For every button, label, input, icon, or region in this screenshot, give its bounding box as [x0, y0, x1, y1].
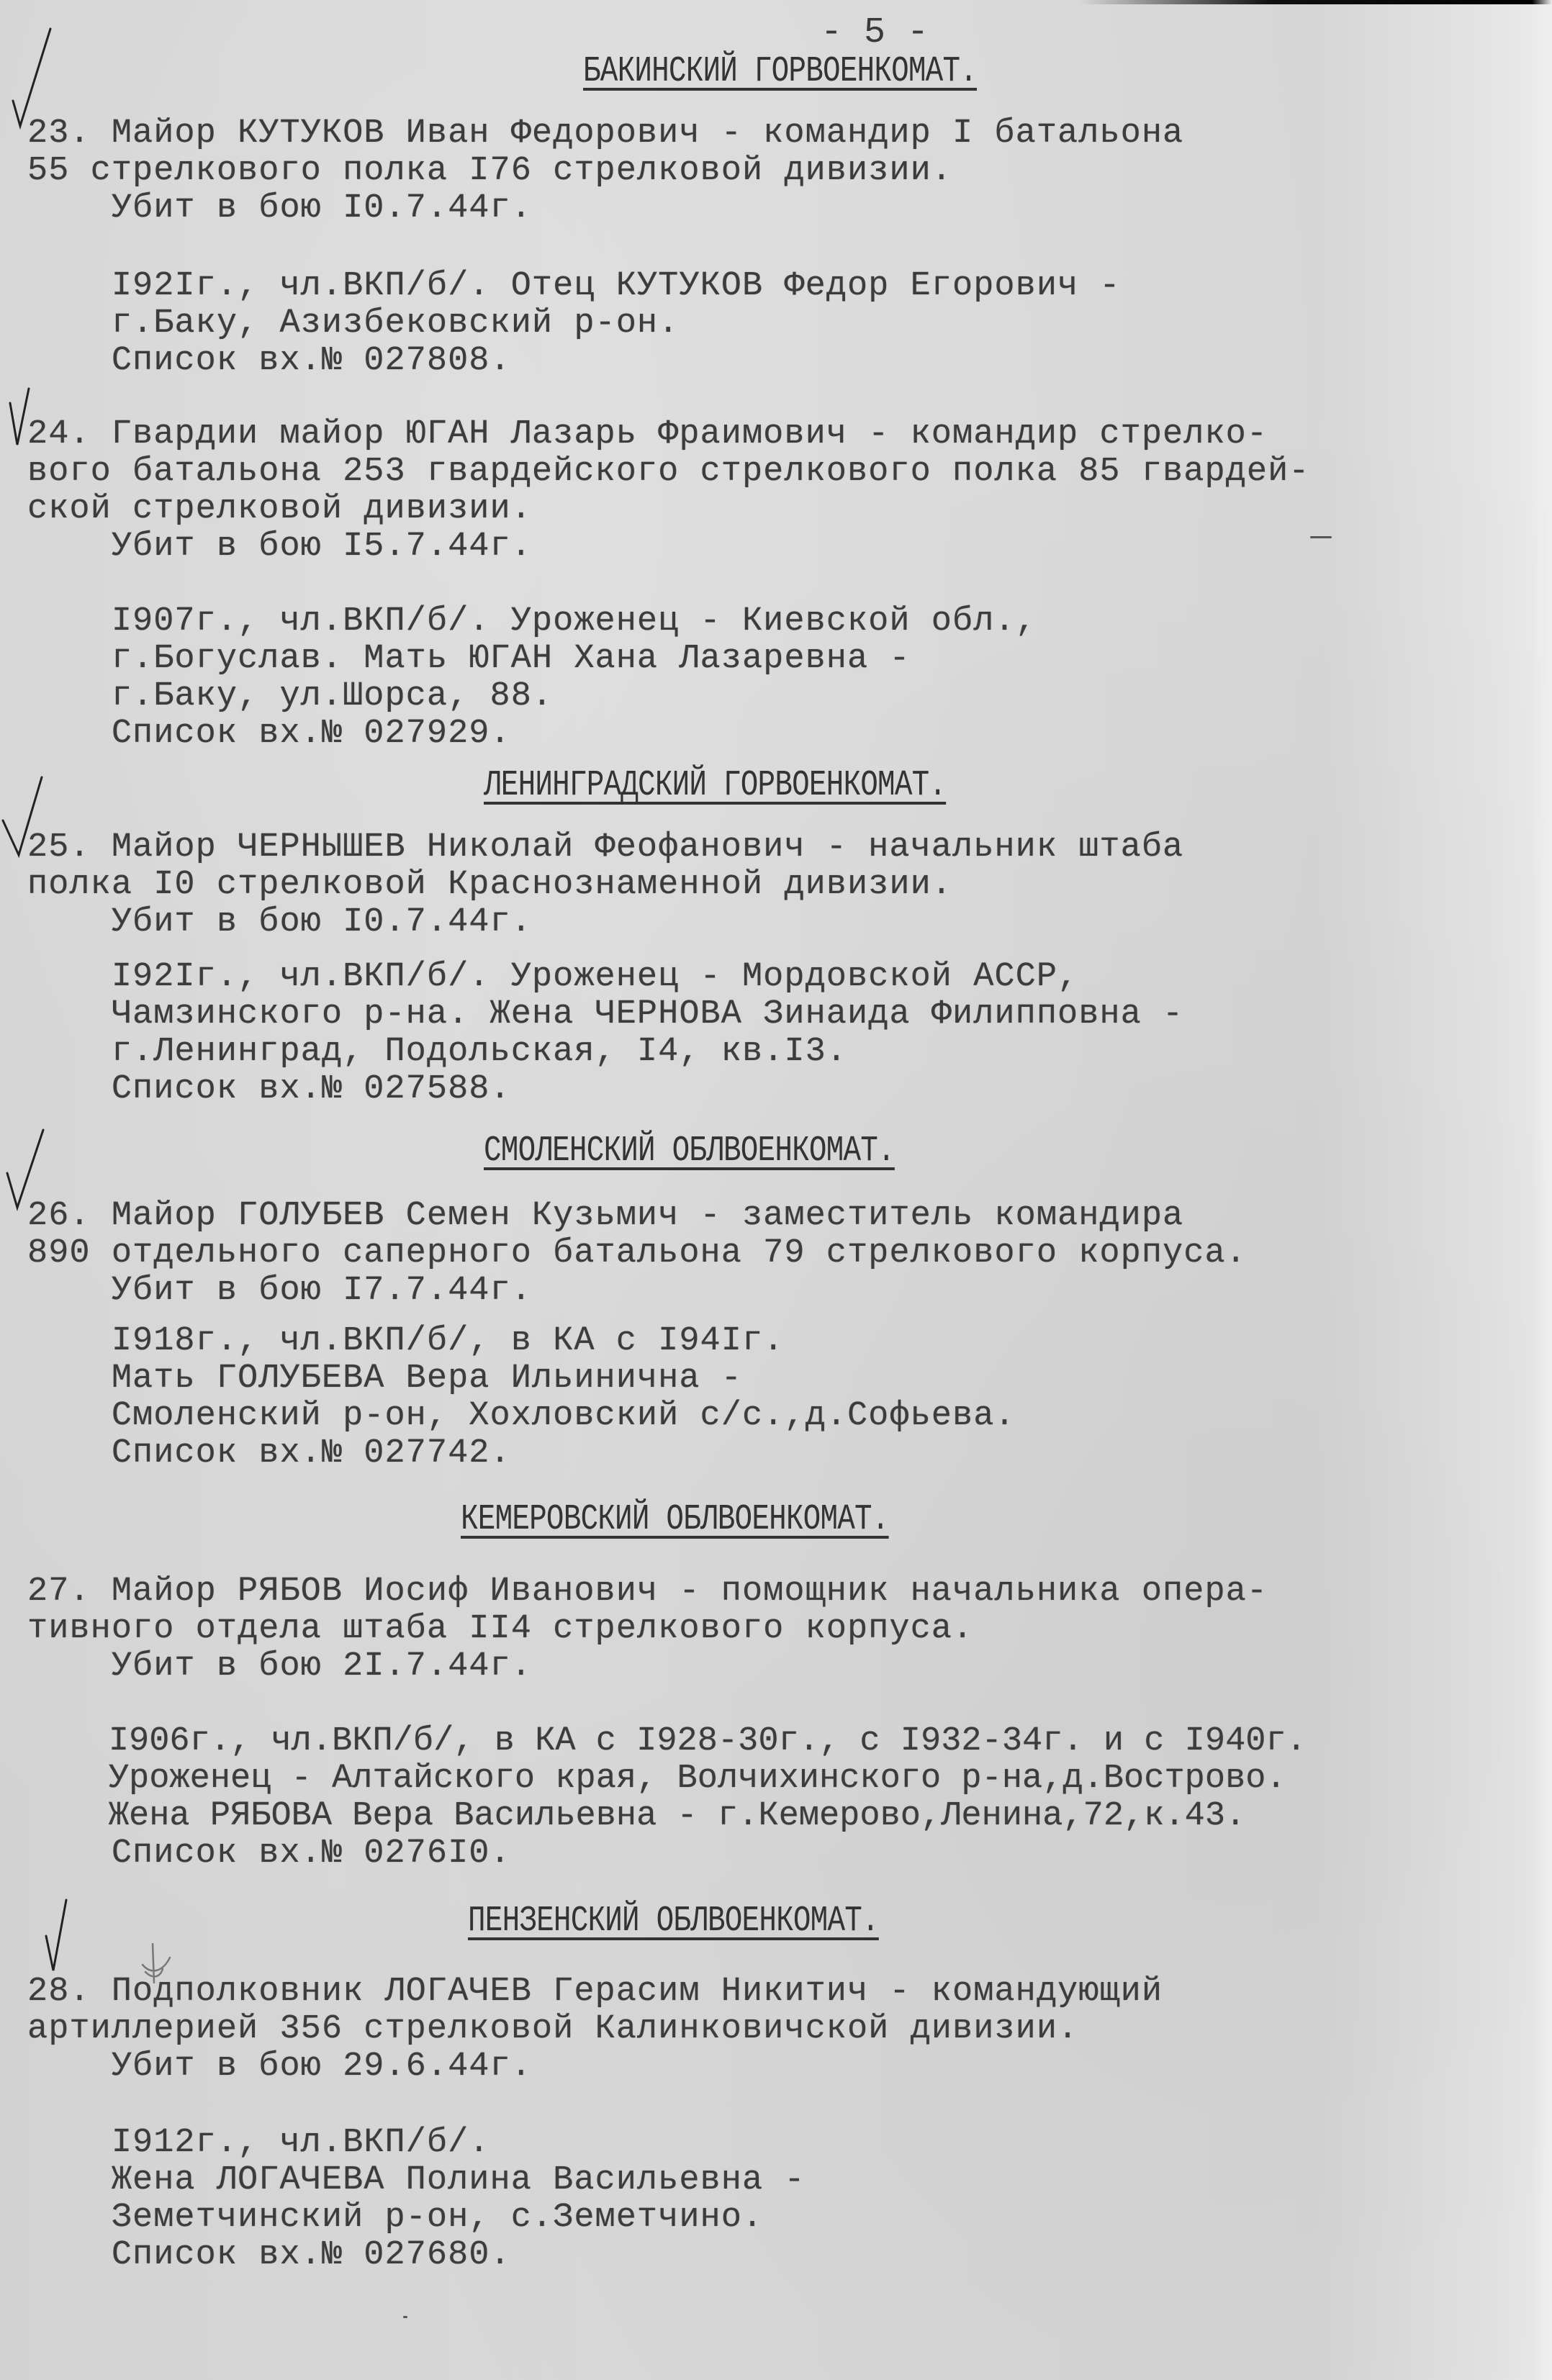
scanned-document-page: - 5 - БАКИНСКИЙ ГОРВОЕНКОМАТ. 23. Майор … [0, 0, 1552, 2380]
entry-23-line-5: I92Iг., чл.ВКП/б/. Отец КУТУКОВ Федор Ег… [27, 266, 1121, 307]
entry-25-line-6: г.Ленинград, Подольская, I4, кв.I3. [27, 1032, 847, 1072]
entry-28-line-3: Убит в бою 29.6.44г. [27, 2047, 532, 2087]
entry-26-line-5: Мать ГОЛУБЕВА Вера Ильинична - [27, 1359, 742, 1399]
entry-23-line-2: 55 стрелкового полка I76 стрелковой диви… [27, 151, 952, 191]
entry-26-line-1: 26. Майор ГОЛУБЕВ Семен Кузьмич - замест… [27, 1196, 1183, 1236]
entry-25-line-2: полка I0 стрелковой Краснознаменной диви… [27, 865, 952, 905]
entry-24-line-2: вого батальона 253 гвардейского стрелков… [27, 452, 1309, 492]
entry-24-line-6: I907г., чл.ВКП/б/. Уроженец - Киевской о… [27, 602, 1037, 642]
entry-24-line-9: Список вх.№ 027929. [27, 714, 511, 754]
entry-24-line-1: 24. Гвардии майор ЮГАН Лазарь Фраимович … [27, 415, 1268, 455]
entry-24-line-8: г.Баку, ул.Шорса, 88. [27, 677, 553, 717]
section-heading-kemerovo: КЕМЕРОВСКИЙ ОБЛВОЕНКОМАТ. [461, 1498, 889, 1542]
entry-23-line-7: Список вх.№ 027808. [27, 341, 511, 381]
entry-23-line-6: г.Баку, Азизбековский р-он. [27, 304, 679, 344]
entry-26-line-4: I918г., чл.ВКП/б/, в КА с I94Iг. [27, 1321, 784, 1362]
entry-28-line-6: Жена ЛОГАЧЕВА Полина Васильевна - [27, 2160, 806, 2201]
entry-25-line-1: 25. Майор ЧЕРНЫШЕВ Николай Феофанович - … [27, 828, 1183, 868]
entry-23-line-1: 23. Майор КУТУКОВ Иван Федорович - коман… [27, 114, 1183, 154]
scan-border-edge [1080, 0, 1552, 4]
entry-28-line-1: 28. Подполковник ЛОГАЧЕВ Герасим Никитич… [27, 1972, 1163, 2012]
entry-27-line-5: I906г., чл.ВКП/б/, в КА с I928-30г., с I… [27, 1721, 1307, 1762]
entry-27-line-6: Уроженец - Алтайского края, Волчихинског… [27, 1759, 1286, 1799]
checkmark-icon [45, 1900, 73, 1972]
entry-28-line-7: Земетчинский р-он, с.Земетчино. [27, 2198, 763, 2238]
entry-27-line-8: Список вх.№ 0276I0. [27, 1834, 511, 1874]
entry-28-line-8: Список вх.№ 027680. [27, 2235, 511, 2276]
entry-25-line-7: Список вх.№ 027588. [27, 1069, 511, 1110]
entry-26-line-6: Смоленский р-он, Хохловский с/с.,д.Софье… [27, 1396, 1016, 1436]
section-heading-baku: БАКИНСКИЙ ГОРВОЕНКОМАТ. [583, 50, 977, 94]
entry-27-line-7: Жена РЯБОВА Вера Васильевна - г.Кемерово… [27, 1796, 1245, 1837]
entry-27-line-2: тивного отдела штаба II4 стрелкового кор… [27, 1609, 973, 1650]
entry-25-line-4: I92Iг., чл.ВКП/б/. Уроженец - Мордовской… [27, 957, 1078, 997]
entry-27-line-3: Убит в бою 2I.7.44г. [27, 1647, 532, 1687]
section-heading-smolensk: СМОЛЕНСКИЙ ОБЛВОЕНКОМАТ. [484, 1130, 895, 1173]
entry-25-line-3: Убит в бою I0.7.44г. [27, 902, 532, 943]
entry-24-line-4: Убит в бою I5.7.44г. [27, 527, 532, 567]
entry-26-line-7: Список вх.№ 027742. [27, 1434, 511, 1474]
entry-27-line-1: 27. Майор РЯБОВ Иосиф Иванович - помощни… [27, 1572, 1268, 1612]
entry-28-line-5: I912г., чл.ВКП/б/. [27, 2123, 490, 2163]
page-number: - 5 - [821, 13, 929, 53]
ink-speck [403, 2316, 407, 2318]
paper-right-edge [1532, 0, 1552, 2380]
section-heading-leningrad: ЛЕНИНГРАДСКИЙ ГОРВОЕНКОМАТ. [484, 764, 946, 807]
section-heading-penza: ПЕНЗЕНСКИЙ ОБЛВОЕНКОМАТ. [468, 1900, 879, 1943]
ink-speck [1310, 536, 1332, 538]
entry-26-line-3: Убит в бою I7.7.44г. [27, 1271, 532, 1311]
entry-24-line-7: г.Богуслав. Мать ЮГАН Хана Лазаревна - [27, 639, 911, 679]
entry-24-line-3: ской стрелковой дивизии. [27, 489, 532, 530]
checkmark-icon [10, 29, 53, 126]
entry-25-line-5: Чамзинского р-на. Жена ЧЕРНОВА Зинаида Ф… [27, 995, 1183, 1035]
entry-23-line-3: Убит в бою I0.7.44г. [27, 189, 532, 229]
entry-28-line-2: артиллерией 356 стрелковой Калинковичско… [27, 2009, 1078, 2050]
entry-26-line-2: 890 отдельного саперного батальона 79 ст… [27, 1234, 1247, 1274]
